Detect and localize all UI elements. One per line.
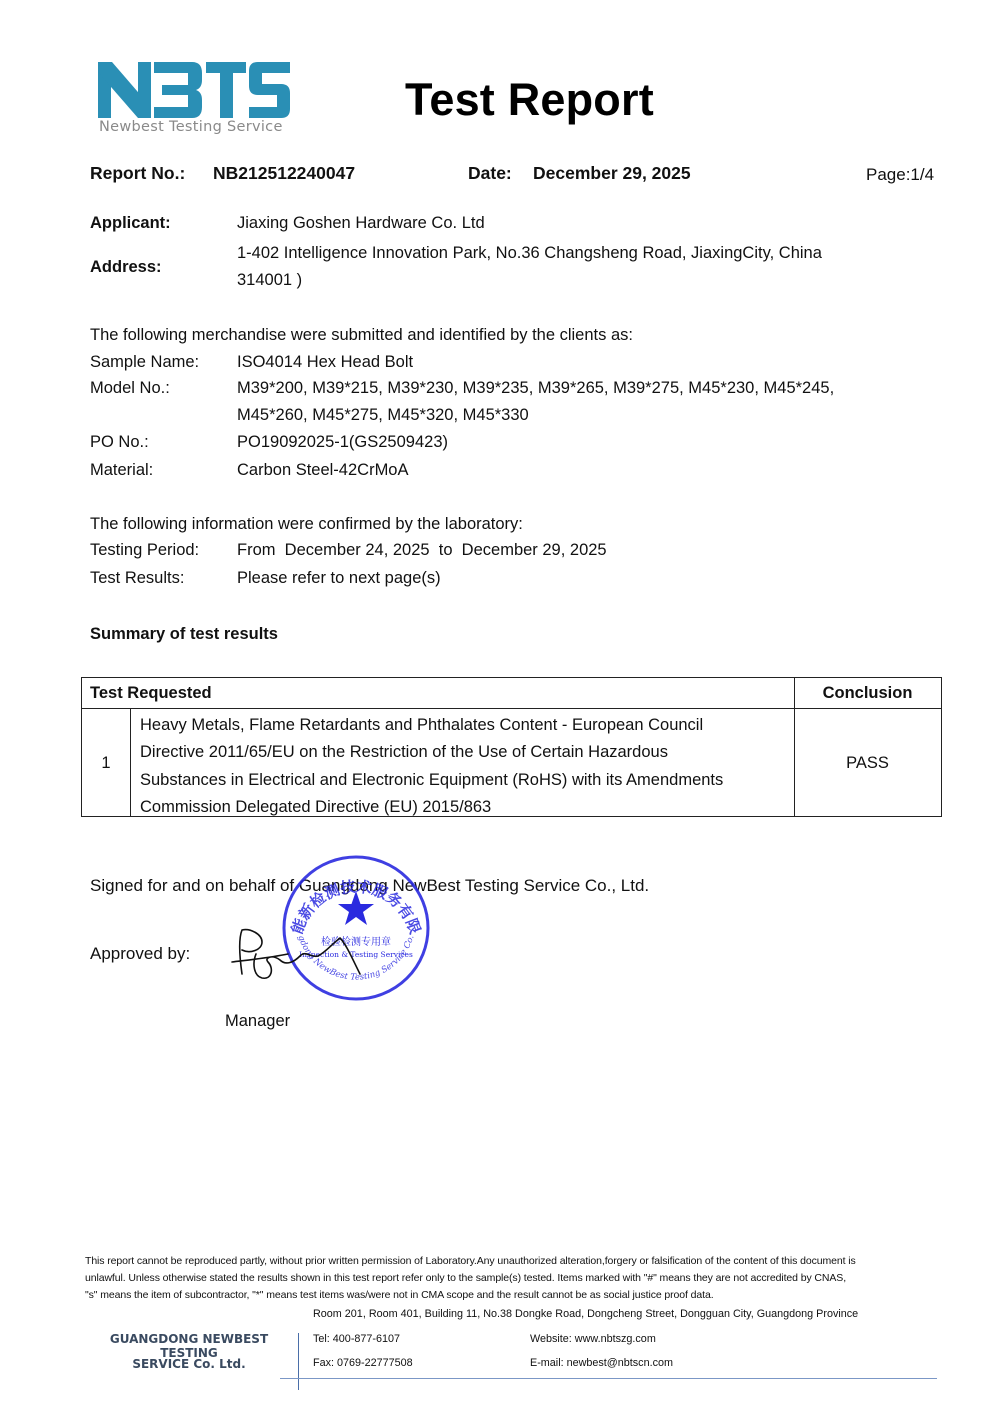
table-header-divider <box>82 708 941 709</box>
disclaimer-line: unlawful. Unless otherwise stated the re… <box>85 1270 935 1287</box>
manager-signature-icon <box>228 920 388 990</box>
material-label: Material: <box>90 461 153 480</box>
row-number: 1 <box>82 754 130 773</box>
test-description-line: Commission Delegated Directive (EU) 2015… <box>140 794 723 821</box>
conclusion-value: PASS <box>794 754 941 773</box>
test-description-line: Substances in Electrical and Electronic … <box>140 767 723 794</box>
footer-company-line1: GUANGDONG NEWBEST TESTING <box>84 1332 294 1360</box>
footer-email[interactable]: E-mail: newbest@nbtscn.com <box>530 1357 673 1369</box>
address-line2: 314001 ) <box>237 271 302 290</box>
footer-fax: Fax: 0769-22777508 <box>313 1357 413 1369</box>
model-line1: M39*200, M39*215, M39*230, M39*235, M39*… <box>237 379 834 398</box>
address-label: Address: <box>90 258 162 277</box>
report-no-label: Report No.: <box>90 163 185 184</box>
testing-period: From December 24, 2025 to December 29, 2… <box>237 541 607 560</box>
sample-name-label: Sample Name: <box>90 353 199 372</box>
footer-address: Room 201, Room 401, Building 11, No.38 D… <box>313 1308 858 1320</box>
approved-by-label: Approved by: <box>90 944 190 964</box>
column-header-conclusion: Conclusion <box>794 684 941 703</box>
disclaimer-line: "s" means the item of subcontractor, "*"… <box>85 1287 935 1304</box>
document-title: Test Report <box>405 74 654 126</box>
applicant-label: Applicant: <box>90 214 171 233</box>
summary-table: Test Requested Conclusion 1 Heavy Metals… <box>81 677 942 817</box>
date-label: Date: <box>468 163 512 184</box>
table-column-divider <box>130 708 131 816</box>
lab-intro: The following information were confirmed… <box>90 515 523 534</box>
sample-name: ISO4014 Hex Head Bolt <box>237 353 413 372</box>
model-line2: M45*260, M45*275, M45*320, M45*330 <box>237 406 529 425</box>
test-results-label: Test Results: <box>90 569 184 588</box>
nbts-logo: Newbest Testing Service <box>98 62 294 142</box>
model-label: Model No.: <box>90 379 170 398</box>
footer-tel: Tel: 400-877-6107 <box>313 1333 400 1345</box>
nbts-logo-icon <box>98 62 290 118</box>
report-no: NB212512240047 <box>213 163 355 184</box>
test-description-line: Heavy Metals, Flame Retardants and Phtha… <box>140 712 723 739</box>
footer-vertical-divider <box>298 1333 299 1390</box>
testing-period-label: Testing Period: <box>90 541 199 560</box>
column-header-test-requested: Test Requested <box>90 684 212 703</box>
po-label: PO No.: <box>90 433 149 452</box>
page-number: Page:1/4 <box>866 165 934 185</box>
summary-heading: Summary of test results <box>90 625 278 644</box>
disclaimer: This report cannot be reproduced partly,… <box>85 1253 935 1304</box>
material-value: Carbon Steel-42CrMoA <box>237 461 409 480</box>
test-description-line: Directive 2011/65/EU on the Restriction … <box>140 739 723 766</box>
applicant-value: Jiaxing Goshen Hardware Co. Ltd <box>237 214 485 233</box>
test-description: Heavy Metals, Flame Retardants and Phtha… <box>140 712 723 821</box>
footer-horizontal-divider <box>280 1378 937 1379</box>
footer-website[interactable]: Website: www.nbtszg.com <box>530 1333 656 1345</box>
test-results: Please refer to next page(s) <box>237 569 441 588</box>
merchandise-intro: The following merchandise were submitted… <box>90 326 633 345</box>
report-date: December 29, 2025 <box>533 163 691 184</box>
footer-company-line2: SERVICE Co. Ltd. <box>84 1357 294 1371</box>
logo-subtitle: Newbest Testing Service <box>99 119 283 135</box>
disclaimer-line: This report cannot be reproduced partly,… <box>85 1253 935 1270</box>
po-value: PO19092025-1(GS2509423) <box>237 433 448 452</box>
address-line1: 1-402 Intelligence Innovation Park, No.3… <box>237 244 822 263</box>
manager-title: Manager <box>225 1012 290 1031</box>
